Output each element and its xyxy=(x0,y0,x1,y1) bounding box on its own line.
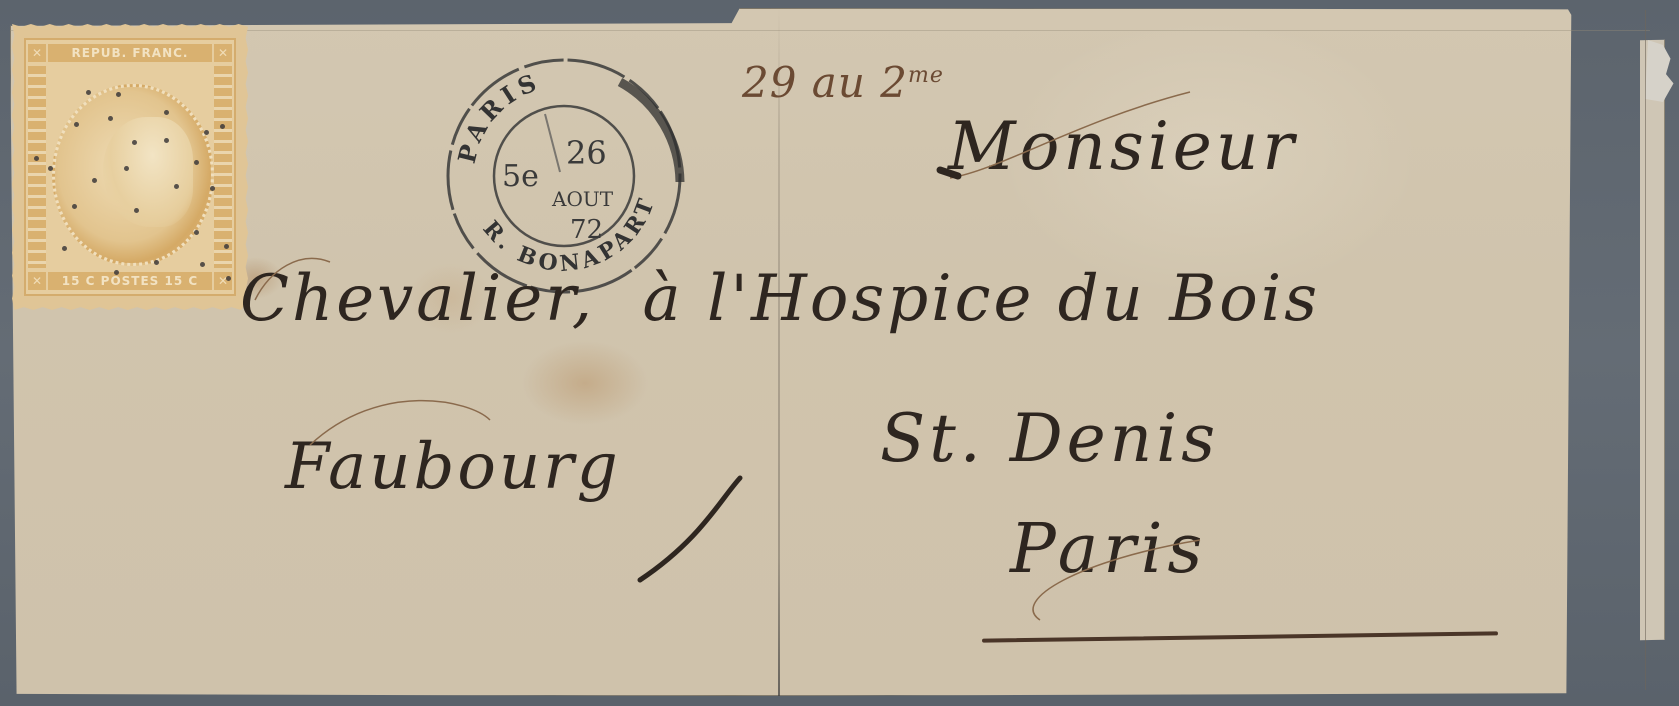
cancel-dot xyxy=(62,246,67,251)
postage-stamp: ✕ ✕ ✕ ✕ REPUB. FRANC. 15 C POSTES 15 C xyxy=(12,24,248,310)
cancel-dot xyxy=(224,244,229,249)
cancel-dot xyxy=(92,178,97,183)
cancel-dot xyxy=(108,116,113,121)
cancel-dot xyxy=(72,204,77,209)
notation-superscript: me xyxy=(908,63,944,88)
postmark-month: AOUT xyxy=(551,187,614,211)
right-fold-edge xyxy=(1645,10,1646,690)
address-street: Faubourg xyxy=(285,430,621,504)
cancel-dot xyxy=(174,184,179,189)
cancel-dot xyxy=(74,122,79,127)
address-recipient-name: Chevalier, xyxy=(240,262,595,336)
handwritten-notation: 29 au 2me xyxy=(742,58,944,107)
address-place: St. Denis xyxy=(880,400,1219,477)
cancel-dot xyxy=(132,140,137,145)
address-city: Paris xyxy=(1010,510,1207,589)
stamp-frame: ✕ ✕ ✕ ✕ REPUB. FRANC. 15 C POSTES 15 C xyxy=(24,38,236,296)
notation-text: 29 au 2 xyxy=(742,58,908,107)
cancel-dot xyxy=(124,166,129,171)
numeral-cancel xyxy=(26,40,234,294)
cancel-dot xyxy=(154,260,159,265)
cancel-dot xyxy=(164,110,169,115)
address-institution: à l'Hospice du Bois xyxy=(642,262,1320,336)
letter-cover xyxy=(10,8,1650,696)
cancel-dot xyxy=(164,138,169,143)
postmark-year: 72 xyxy=(570,215,603,245)
cancel-dot xyxy=(200,262,205,267)
cancel-dot xyxy=(34,156,39,161)
top-fold-crease xyxy=(10,30,1650,31)
cancel-dot xyxy=(194,160,199,165)
cancel-dot xyxy=(86,90,91,95)
address-salutation: Monsieur xyxy=(948,108,1298,185)
cancel-dot xyxy=(226,276,231,281)
postmark-hour: 5e xyxy=(502,159,539,194)
center-fold-crease xyxy=(778,8,780,696)
cancel-dot xyxy=(204,130,209,135)
cancel-dot xyxy=(134,208,139,213)
address-line-1: Chevalier, à l'Hospice du Bois xyxy=(240,262,1320,336)
back-sheet-edge xyxy=(1640,40,1665,640)
cancel-dot xyxy=(220,124,225,129)
cancel-dot xyxy=(194,230,199,235)
cancel-dot xyxy=(48,166,53,171)
postmark-day: 26 xyxy=(566,134,607,172)
cancel-dot xyxy=(114,270,119,275)
cancel-dot xyxy=(210,186,215,191)
cancel-dot xyxy=(116,92,121,97)
